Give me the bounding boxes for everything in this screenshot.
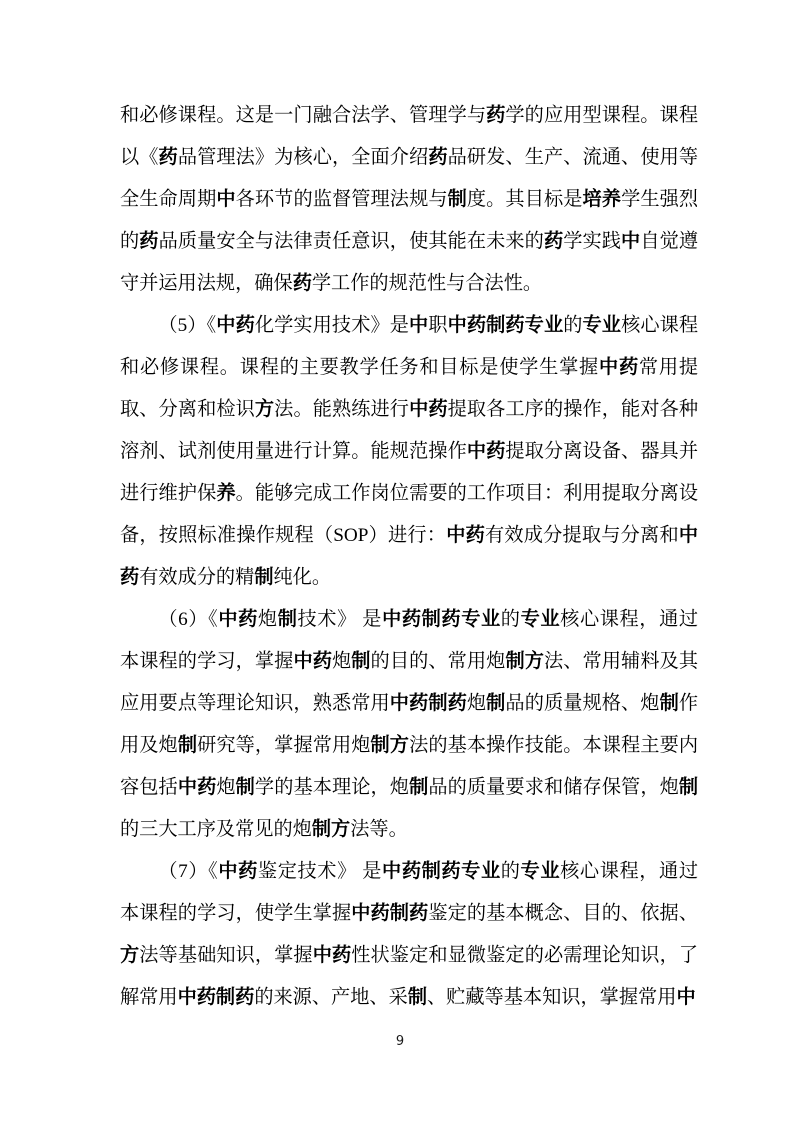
bold-text-run: 专业 xyxy=(521,609,561,630)
bold-text-run: 专业 xyxy=(521,861,561,882)
text-run: 鉴定技术》 是 xyxy=(258,861,382,882)
bold-text-run: 制 xyxy=(254,567,273,588)
text-run: 学实践 xyxy=(563,231,621,252)
bold-text-run: 中 xyxy=(216,189,235,210)
bold-text-run: 中药 xyxy=(178,777,217,798)
bold-text-run: 中药 xyxy=(216,315,255,336)
bold-text-run: 中药 xyxy=(218,861,258,882)
bold-text-run: 中药 xyxy=(599,357,639,378)
bold-text-run: 制 xyxy=(408,987,427,1008)
text-run: 学工作的规范性与合法性。 xyxy=(312,273,542,294)
text-run: 的 xyxy=(563,315,582,336)
text-run: 和必修课程。这是一门融合法学、管理学与 xyxy=(120,105,486,126)
text-run: 品的质量规格、炮 xyxy=(505,693,659,714)
bold-text-run: 制 xyxy=(409,777,428,798)
paragraph: （6）《中药炮制技术》 是中药制药专业的专业核心课程，通过本课程的学习，掌握中药… xyxy=(120,599,698,851)
bold-text-run: 药 xyxy=(293,273,312,294)
text-run: 炮 xyxy=(216,777,235,798)
text-run: 职 xyxy=(428,315,447,336)
bold-text-run: 中 xyxy=(676,987,695,1008)
text-run: （6）《 xyxy=(158,609,218,630)
bold-text-run: 培养 xyxy=(583,189,622,210)
bold-text-run: 药 xyxy=(139,231,158,252)
text-run: 品的质量要求和储存保管，炮 xyxy=(428,777,679,798)
bold-text-run: 制 xyxy=(236,777,255,798)
bold-text-run: 中药制药专业 xyxy=(448,315,564,336)
text-run: 品管理法》为核心，全面介绍 xyxy=(178,147,429,168)
paragraph: （5）《中药化学实用技术》是中职中药制药专业的专业核心课程和必修课程。课程的主要… xyxy=(120,305,698,599)
bold-text-run: 中药 xyxy=(293,651,332,672)
bold-text-run: 制 xyxy=(679,777,698,798)
bold-text-run: 中药 xyxy=(467,441,506,462)
bold-text-run: 中药制药 xyxy=(178,987,255,1008)
text-run: 有效成分提取与分离和 xyxy=(485,525,679,546)
text-run: 的 xyxy=(501,861,521,882)
bold-text-run: 制 xyxy=(178,735,197,756)
bold-text-run: 中药 xyxy=(446,525,485,546)
bold-text-run: 药 xyxy=(486,105,505,126)
paragraph: 和必修课程。这是一门融合法学、管理学与药学的应用型课程。课程以《药品管理法》为核… xyxy=(120,95,698,305)
text-run: 炮 xyxy=(332,651,351,672)
text-run: 鉴定的基本概念、目的、依据、 xyxy=(428,903,698,924)
bold-text-run: 制方 xyxy=(371,735,410,756)
bold-text-run: 中 xyxy=(621,231,640,252)
text-run: 品质量安全与法律责任意识，使其能在未来的 xyxy=(159,231,544,252)
page-number: 9 xyxy=(0,1034,800,1049)
paragraph: （7）《中药鉴定技术》 是中药制药专业的专业核心课程，通过本课程的学习，使学生掌… xyxy=(120,851,698,1019)
text-run: 度。其目标是 xyxy=(467,189,583,210)
text-run: 研究等，掌握常用炮 xyxy=(197,735,370,756)
bold-text-run: 药 xyxy=(544,231,563,252)
bold-text-run: 制 xyxy=(351,651,370,672)
text-run: 有效成分的精 xyxy=(139,567,254,588)
text-run: 各环节的监督管理法规与 xyxy=(236,189,448,210)
document-page: 和必修课程。这是一门融合法学、管理学与药学的应用型课程。课程以《药品管理法》为核… xyxy=(0,0,800,1131)
bold-text-run: 中药 xyxy=(218,609,258,630)
bold-text-run: 制 xyxy=(448,189,467,210)
text-run: 的目的、常用炮 xyxy=(371,651,506,672)
text-run: 法。能熟练进行 xyxy=(274,399,409,420)
bold-text-run: 制 xyxy=(660,693,679,714)
bold-text-run: 药 xyxy=(428,147,447,168)
text-run: 化学实用技术》是 xyxy=(255,315,409,336)
bold-text-run: 中药制药专业 xyxy=(382,609,501,630)
bold-text-run: 中药 xyxy=(313,945,352,966)
bold-text-run: 制方 xyxy=(505,651,544,672)
bold-text-run: 中药 xyxy=(409,399,448,420)
bold-text-run: 养 xyxy=(216,483,235,504)
bold-text-run: 制 xyxy=(486,693,505,714)
bold-text-run: 制方 xyxy=(312,819,350,840)
text-run: 、贮藏等基本知识，掌握常用 xyxy=(427,987,676,1008)
bold-text-run: 药 xyxy=(159,147,178,168)
bold-text-run: 制 xyxy=(278,609,298,630)
bold-text-run: 方 xyxy=(255,399,274,420)
bold-text-run: 中药制药 xyxy=(390,693,467,714)
text-run: 炮 xyxy=(258,609,278,630)
bold-text-run: 专业 xyxy=(583,315,622,336)
text-run: 法等。 xyxy=(350,819,408,840)
text-run: 炮 xyxy=(467,693,486,714)
text-run: 纯化。 xyxy=(274,567,332,588)
text-run: 法等基础知识，掌握 xyxy=(139,945,312,966)
bold-text-run: 中药制药 xyxy=(351,903,428,924)
text-run: 技术》 是 xyxy=(298,609,383,630)
text-run: （7）《 xyxy=(158,861,218,882)
text-run: 的 xyxy=(501,609,521,630)
bold-text-run: 中 xyxy=(409,315,428,336)
text-run: 的来源、产地、采 xyxy=(254,987,408,1008)
bold-text-run: 方 xyxy=(120,945,139,966)
document-body: 和必修课程。这是一门融合法学、管理学与药学的应用型课程。课程以《药品管理法》为核… xyxy=(120,95,698,1019)
bold-text-run: 中药制药专业 xyxy=(382,861,501,882)
text-run: 学的基本理论，炮 xyxy=(255,777,409,798)
text-run: （5）《 xyxy=(158,315,216,336)
text-run: 的三大工序及常见的炮 xyxy=(120,819,312,840)
